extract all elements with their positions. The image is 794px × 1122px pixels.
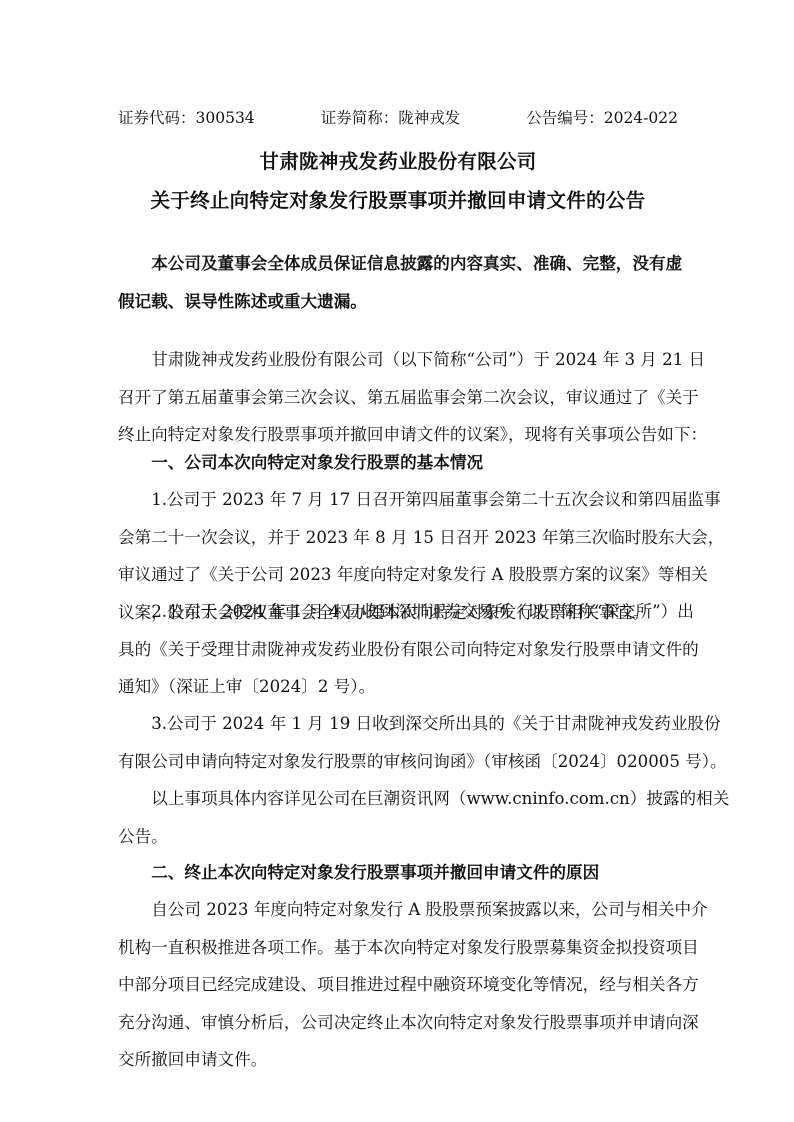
intro-line: 甘肃陇神戎发药业股份有限公司（以下简称“公司”）于 2024 年 3 月 21 …: [118, 341, 678, 379]
item-line: 3.公司于 2024 年 1 月 19 日收到深交所出具的《关于甘肃陇神戎发药业…: [118, 705, 678, 743]
reference-line: 公告。: [118, 818, 678, 856]
reference-line: 以上事项具体内容详见公司在巨潮资讯网（www.cninfo.com.cn）披露的…: [118, 780, 678, 818]
body-line: 机构一直积极推进各项工作。基于本次向特定对象发行股票募集资金拟投资项目: [118, 929, 678, 967]
stock-code: 证券代码：300534: [118, 106, 255, 128]
item-line: 1.公司于 2023 年 7 月 17 日召开第四届董事会第二十五次会议和第四届…: [118, 481, 678, 519]
item-line: 会第二十一次会议，并于 2023 年 8 月 15 日召开 2023 年第三次临…: [118, 519, 678, 557]
stock-name: 证券简称：陇神戎发: [321, 106, 461, 128]
item-line: 审议通过了《关于公司 2023 年度向特定对象发行 A 股股票方案的议案》等相关: [118, 556, 678, 594]
document-header: 证券代码：300534 证券简称：陇神戎发 公告编号：2024-022: [118, 104, 678, 130]
section-2-heading: 二、终止本次向特定对象发行股票事项并撤回申请文件的原因: [118, 854, 678, 892]
announcement-title: 关于终止向特定对象发行股票事项并撤回申请文件的公告: [118, 185, 678, 213]
body-line: 交所撤回申请文件。: [118, 1041, 678, 1079]
item-line: 有限公司申请向特定对象发行股票的审核问询函》（审核函〔2024〕020005 号…: [118, 743, 678, 781]
body-line: 充分沟通、审慎分析后，公司决定终止本次向特定对象发行股票事项并申请向深: [118, 1004, 678, 1042]
disclosure-statement: 本公司及董事会全体成员保证信息披露的内容真实、准确、完整，没有虚 假记载、误导性…: [118, 245, 678, 320]
section-1-heading: 一、公司本次向特定对象发行股票的基本情况: [118, 444, 678, 482]
section-1-item-3: 3.公司于 2024 年 1 月 19 日收到深交所出具的《关于甘肃陇神戎发药业…: [118, 705, 678, 780]
item-line: 通知》（深证上审〔2024〕2 号）。: [118, 668, 678, 706]
body-line: 中部分项目已经完成建设、项目推进过程中融资环境变化等情况，经与相关各方: [118, 966, 678, 1004]
statement-line: 假记载、误导性陈述或重大遗漏。: [118, 283, 678, 321]
company-title: 甘肃陇神戎发药业股份有限公司: [118, 146, 678, 174]
intro-line: 召开了第五届董事会第三次会议、第五届监事会第二次会议，审议通过了《关于: [118, 379, 678, 417]
section-1-reference: 以上事项具体内容详见公司在巨潮资讯网（www.cninfo.com.cn）披露的…: [118, 780, 678, 855]
item-line: 2.公司于 2024 年 1 月 4 日收到深圳证券交易所（以下简称“深交所”）…: [118, 593, 678, 631]
body-line: 自公司 2023 年度向特定对象发行 A 股股票预案披露以来，公司与相关中介: [118, 891, 678, 929]
statement-line: 本公司及董事会全体成员保证信息披露的内容真实、准确、完整，没有虚: [118, 245, 678, 283]
announcement-number: 公告编号：2024-022: [526, 106, 678, 128]
item-line: 具的《关于受理甘肃陇神戎发药业股份有限公司向特定对象发行股票申请文件的: [118, 631, 678, 669]
section-1-item-2: 2.公司于 2024 年 1 月 4 日收到深圳证券交易所（以下简称“深交所”）…: [118, 593, 678, 706]
intro-paragraph: 甘肃陇神戎发药业股份有限公司（以下简称“公司”）于 2024 年 3 月 21 …: [118, 341, 678, 454]
section-2-body: 自公司 2023 年度向特定对象发行 A 股股票预案披露以来，公司与相关中介 机…: [118, 891, 678, 1079]
